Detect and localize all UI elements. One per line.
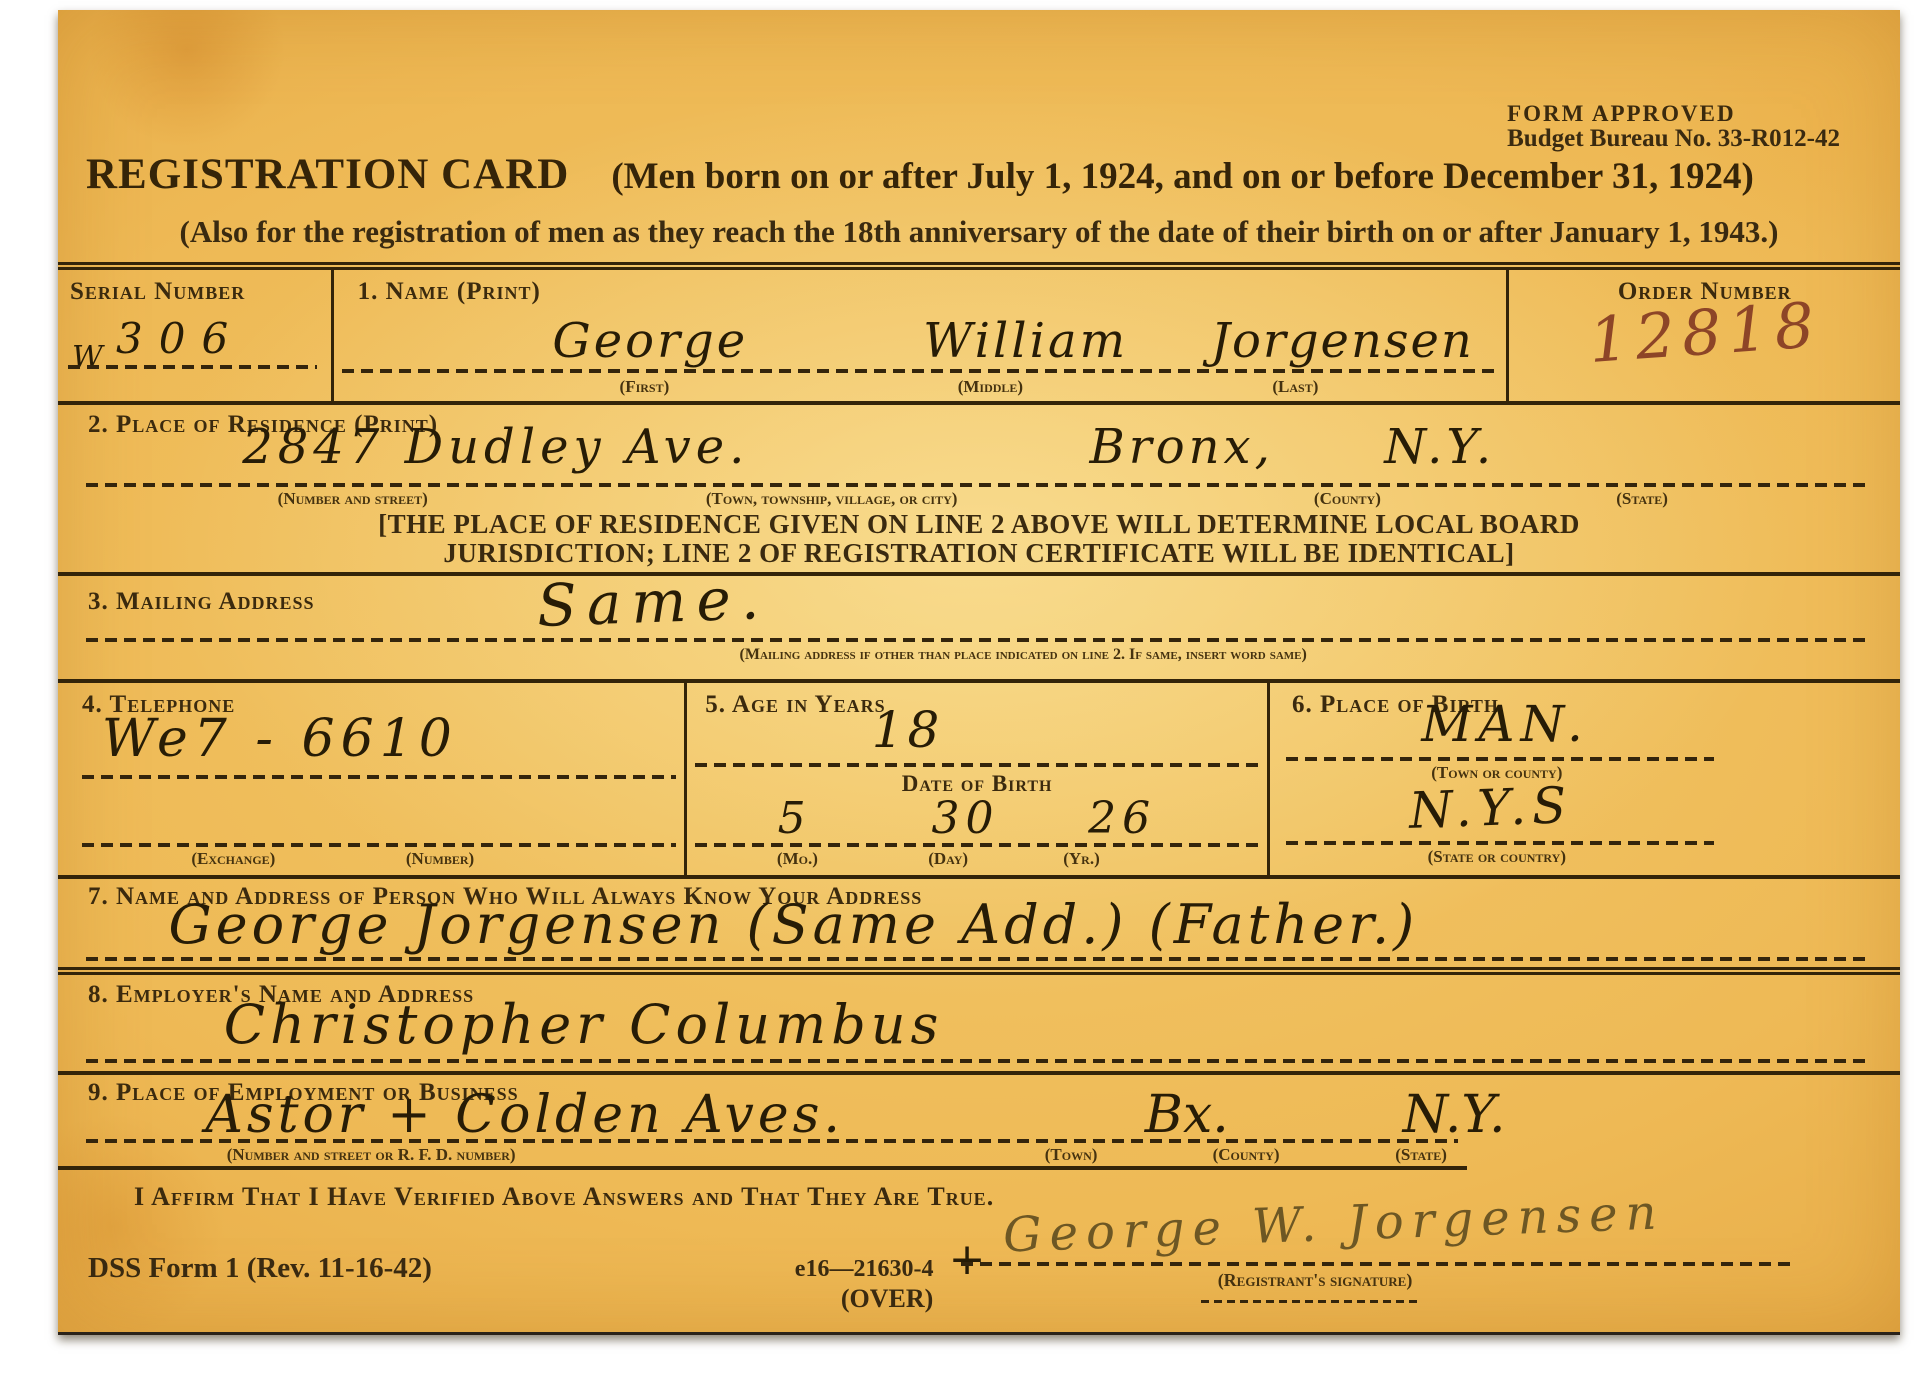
employment-sublabel-county: (County) <box>1213 1145 1280 1165</box>
last-name-handwriting: Jorgensen <box>1211 313 1474 369</box>
registration-card: FORM APPROVED Budget Bureau No. 33-R012-… <box>58 10 1900 1335</box>
signature-sublabel-dashes <box>1201 1300 1421 1303</box>
budget-bureau-number: Budget Bureau No. 33-R012-42 <box>1507 126 1840 152</box>
residence-sublabel-street: (Number and street) <box>278 489 428 509</box>
dob-day-handwriting: 30 <box>932 793 1000 844</box>
mailing-address-handwriting: Same. <box>536 564 770 640</box>
employment-sublabel-state: (State) <box>1395 1145 1447 1165</box>
birth-state-dotted-line <box>1286 841 1714 845</box>
row-residence: 2. Place of Residence (Print) 2847 Dudle… <box>58 405 1900 572</box>
title-line: REGISTRATION CARD (Men born on or after … <box>86 150 1754 199</box>
age-cell: 5. Age in Years 18 Date of Birth 5 30 26… <box>684 683 1270 875</box>
employment-street-handwriting: Astor + Colden Aves. <box>205 1085 844 1145</box>
residence-sublabel-county: (County) <box>1314 489 1381 509</box>
residence-town-handwriting: Bronx, <box>1090 419 1274 475</box>
telephone-sublabel-exchange: (Exchange) <box>191 849 275 869</box>
age-dotted-line <box>695 763 1259 767</box>
card-title-note: (Men born on or after July 1, 1924, and … <box>611 156 1753 197</box>
card-title: REGISTRATION CARD <box>86 151 569 198</box>
age-handwriting: 18 <box>872 701 944 759</box>
dob-sublabel-month: (Mo.) <box>777 849 818 869</box>
card-header: FORM APPROVED Budget Bureau No. 33-R012-… <box>58 10 1900 262</box>
signature-sublabel: (Registrant's signature) <box>1218 1270 1413 1291</box>
dob-sublabel-year: (Yr.) <box>1063 849 1100 869</box>
age-label: 5. Age in Years <box>705 691 885 719</box>
residence-state-handwriting: N.Y. <box>1384 419 1495 475</box>
dob-sublabel-day: (Day) <box>928 849 968 869</box>
first-name-handwriting: George <box>552 313 748 369</box>
row-serial-name-order: Serial Number W 306 1. Name (Print) Geor… <box>58 270 1900 401</box>
row-place-of-employment: 9. Place of Employment or Business Astor… <box>58 1075 1900 1166</box>
order-number-handwriting: 12818 <box>1586 288 1823 377</box>
form-id-text: DSS Form 1 (Rev. 11-16-42) <box>88 1252 432 1285</box>
serial-number-cell: Serial Number W 306 <box>58 270 331 401</box>
first-sublabel: (First) <box>620 377 670 397</box>
employment-sublabel-town: (Town) <box>1045 1145 1098 1165</box>
birth-town-dotted-line <box>1286 757 1714 761</box>
serial-dotted-line <box>68 365 317 369</box>
scanned-registration-card-page: FORM APPROVED Budget Bureau No. 33-R012-… <box>0 0 1920 1400</box>
affirmation-text: I Affirm That I Have Verified Above Answ… <box>134 1182 994 1212</box>
board-note-line1: [THE PLACE OF RESIDENCE GIVEN ON LINE 2 … <box>58 509 1900 540</box>
divider <box>58 262 1900 270</box>
mailing-sublabel: (Mailing address if other than place ind… <box>740 646 1307 664</box>
telephone-dotted-line-2 <box>82 843 676 847</box>
birth-town-handwriting: MAN. <box>1421 695 1589 753</box>
residence-street-handwriting: 2847 Dudley Ave. <box>242 419 749 475</box>
contact-dotted-line <box>86 957 1872 961</box>
middle-sublabel: (Middle) <box>958 377 1023 397</box>
employment-state-handwriting: N.Y. <box>1403 1085 1506 1145</box>
registrant-signature-handwriting: George W. Jorgensen <box>1002 1184 1665 1263</box>
over-text: (OVER) <box>841 1284 933 1314</box>
last-sublabel: (Last) <box>1272 377 1318 397</box>
employment-county-handwriting: Bx. <box>1145 1085 1229 1145</box>
signature-block: + George W. Jorgensen (Registrant's sign… <box>961 1188 1790 1328</box>
dob-dotted-line <box>695 843 1259 847</box>
employment-dotted-line <box>86 1139 1458 1143</box>
card-footer: I Affirm That I Have Verified Above Answ… <box>58 1170 1900 1332</box>
row-telephone-age-birth: 4. Telephone We7 - 6610 (Exchange) (Numb… <box>58 683 1900 875</box>
residence-sublabel-town: (Town, township, village, or city) <box>706 489 958 509</box>
name-cell: 1. Name (Print) George William Jorgensen… <box>331 270 1510 401</box>
order-number-cell: Order Number 12818 <box>1509 270 1900 401</box>
serial-prefix-handwriting: W <box>72 340 103 375</box>
telephone-dotted-line-1 <box>82 775 676 779</box>
place-of-birth-cell: 6. Place of Birth MAN. (Town or county) … <box>1270 683 1900 875</box>
mailing-address-label: 3. Mailing Address <box>88 588 315 616</box>
middle-name-handwriting: William <box>923 313 1128 369</box>
dob-month-handwriting: 5 <box>778 793 806 844</box>
form-approved-block: FORM APPROVED Budget Bureau No. 33-R012-… <box>1507 102 1840 152</box>
residence-dotted-line <box>86 483 1872 487</box>
row-mailing-address: 3. Mailing Address Same. (Mailing addres… <box>58 576 1900 679</box>
signature-plus-mark: + <box>949 1234 986 1285</box>
employer-dotted-line <box>86 1059 1872 1063</box>
contact-person-handwriting: George Jorgensen (Same Add.) (Father.) <box>169 893 1419 956</box>
name-label: 1. Name (Print) <box>358 278 541 306</box>
residence-sublabel-state: (State) <box>1616 489 1668 509</box>
print-code-text: e16—21630-4 <box>795 1256 934 1283</box>
telephone-cell: 4. Telephone We7 - 6610 (Exchange) (Numb… <box>58 683 684 875</box>
telephone-sublabel-number: (Number) <box>406 849 474 869</box>
divider <box>58 967 1900 975</box>
mailing-dotted-line <box>86 638 1872 642</box>
employment-sublabel-street: (Number and street or R. F. D. number) <box>227 1145 516 1165</box>
serial-number-handwriting: 306 <box>116 314 244 363</box>
form-approved-text: FORM APPROVED <box>1507 102 1840 126</box>
signature-dotted-line <box>961 1262 1790 1266</box>
row-employer: 8. Employer's Name and Address Christoph… <box>58 975 1900 1071</box>
dob-year-handwriting: 26 <box>1088 793 1156 844</box>
employer-handwriting: Christopher Columbus <box>224 993 944 1056</box>
birth-state-sublabel: (State or country) <box>1428 847 1566 867</box>
row-contact-person: 7. Name and Address of Person Who Will A… <box>58 879 1900 967</box>
card-subtitle: (Also for the registration of men as the… <box>58 214 1900 250</box>
birth-state-handwriting: N.Y.S <box>1408 776 1573 840</box>
telephone-handwriting: We7 - 6610 <box>102 709 458 769</box>
board-note-line2: JURISDICTION; LINE 2 OF REGISTRATION CER… <box>58 538 1900 569</box>
serial-number-label: Serial Number <box>70 278 245 306</box>
name-dotted-line <box>342 369 1499 373</box>
